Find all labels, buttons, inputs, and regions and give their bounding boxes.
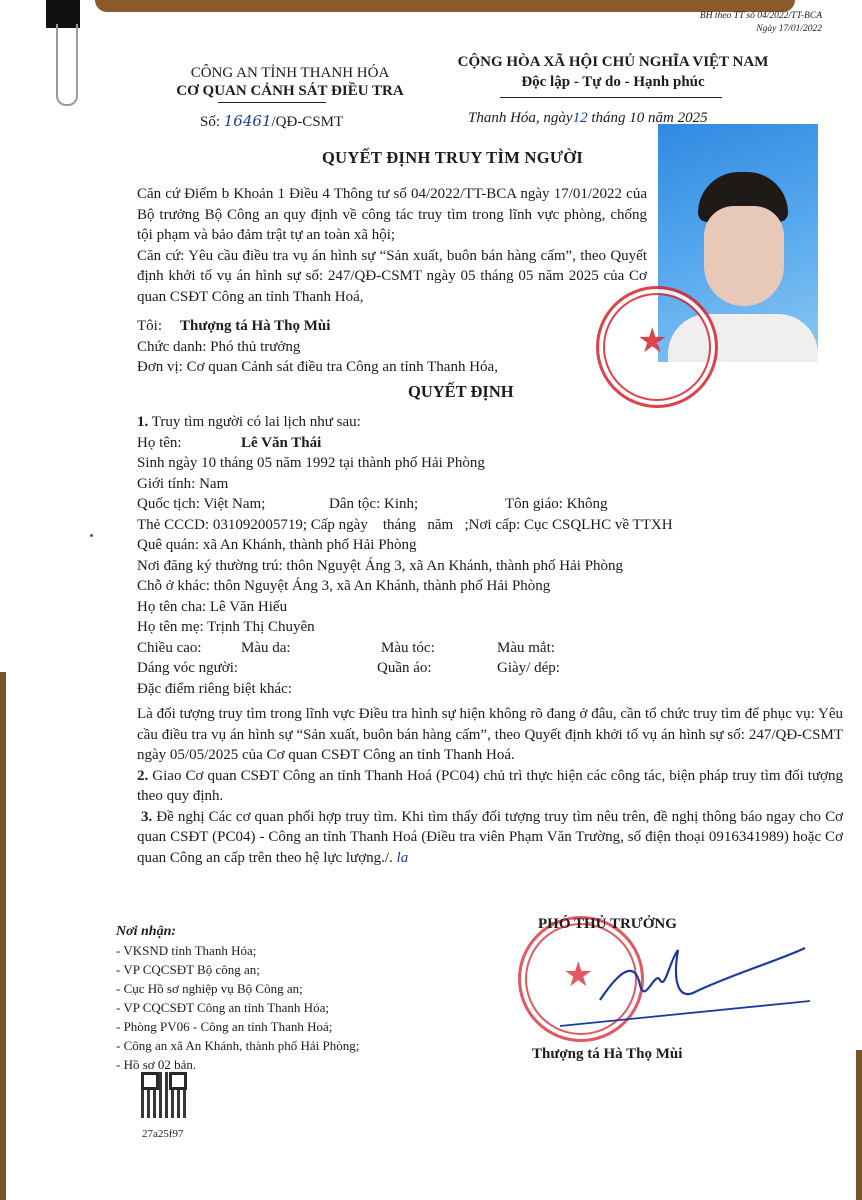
binder-clip-wire <box>56 24 78 106</box>
eye-color-field: Màu mắt: <box>497 638 555 659</box>
agency-line1: CÔNG AN TỈNH THANH HÓA <box>170 64 410 82</box>
article-3: Đề nghị Các cơ quan phối hợp truy tìm. K… <box>137 809 843 866</box>
handwritten-number: 16461 <box>224 112 272 130</box>
person-details: 1. Truy tìm người có lai lịch như sau: H… <box>137 412 837 699</box>
preamble-basis-1: Căn cứ Điểm b Khoản 1 Điều 4 Thông tư số… <box>137 184 647 246</box>
reason-paragraph: Là đối tượng truy tìm trong lĩnh vực Điề… <box>137 704 843 766</box>
qr-code <box>141 1072 187 1118</box>
recipient-item: - VP CQCSĐT Công an tỉnh Thanh Hóa; <box>116 998 359 1017</box>
recipient-item: - Công an xã An Khánh, thành phố Hải Phò… <box>116 1036 359 1055</box>
qr-code-text: 27a25f97 <box>142 1128 184 1140</box>
father-name: Họ tên cha: Lê Văn Hiếu <box>137 597 837 618</box>
document-title: QUYẾT ĐỊNH TRUY TÌM NGƯỜI <box>322 148 583 168</box>
religion: Tôn giáo: Không <box>505 494 608 515</box>
photo-face <box>704 206 784 306</box>
issuer-position: Chức danh: Phó thủ trưởng <box>137 337 498 358</box>
wooden-background-top <box>95 0 795 12</box>
signer-name: Thượng tá Hà Thọ Mùi <box>532 1046 682 1063</box>
recipient-item: - Cục Hồ sơ nghiệp vụ Bộ Công an; <box>116 979 359 998</box>
special-marks-field: Đặc điểm riêng biệt khác: <box>137 679 837 700</box>
form-note-line1: BH theo TT số 04/2022/TT-BCA <box>700 10 822 23</box>
person-intro: Truy tìm người có lai lịch như sau: <box>148 414 361 430</box>
article-2: Giao Cơ quan CSĐT Công an tỉnh Thanh Hoá… <box>137 768 843 805</box>
document-number: Số: 16461/QĐ-CSMT <box>200 112 343 131</box>
hometown: Quê quán: xã An Khánh, thành phố Hải Phò… <box>137 535 837 556</box>
issuer-label: Tôi: <box>137 318 162 334</box>
build-field: Dáng vóc người: <box>137 658 377 679</box>
form-reference-note: BH theo TT số 04/2022/TT-BCA Ngày 17/01/… <box>700 10 822 36</box>
preamble-basis-2: Căn cứ: Yêu cầu điều tra vụ án hình sự “… <box>137 246 647 308</box>
issuer-name: Thượng tá Hà Thọ Mùi <box>180 318 330 334</box>
gender: Giới tính: Nam <box>137 474 837 495</box>
recipient-item: - VP CQCSĐT Bộ công an; <box>116 960 359 979</box>
skin-color-field: Màu da: <box>241 638 381 659</box>
mother-name: Họ tên mẹ: Trịnh Thị Chuyên <box>137 617 837 638</box>
nation-line1: CỘNG HÒA XÃ HỘI CHỦ NGHĨA VIỆT NAM <box>438 52 788 72</box>
handwritten-signature <box>560 930 810 1040</box>
issuing-agency: CÔNG AN TỈNH THANH HÓA CƠ QUAN CẢNH SÁT … <box>170 64 410 100</box>
nation-line2: Độc lập - Tự do - Hạnh phúc <box>438 72 788 92</box>
hair-color-field: Màu tóc: <box>381 638 497 659</box>
preamble: Căn cứ Điểm b Khoản 1 Điều 4 Thông tư số… <box>137 184 647 307</box>
issuer-block: Tôi:Thượng tá Hà Thọ Mùi Chức danh: Phó … <box>137 316 498 378</box>
agency-line2: CƠ QUAN CẢNH SÁT ĐIỀU TRA <box>170 82 410 100</box>
decision-articles: Là đối tượng truy tìm trong lĩnh vực Điề… <box>137 704 843 868</box>
wooden-background-right <box>856 1050 862 1200</box>
handwritten-day: 12 <box>573 110 588 126</box>
shoes-field: Giày/ dép: <box>497 658 560 679</box>
decision-heading: QUYẾT ĐỊNH <box>408 382 514 402</box>
recipient-item: - VKSND tỉnh Thanh Hóa; <box>116 941 359 960</box>
agency-underline <box>218 102 326 103</box>
wanted-person-name: Lê Văn Thái <box>241 435 321 451</box>
permanent-address: Nơi đăng ký thường trú: thôn Nguyệt Áng … <box>137 556 837 577</box>
form-note-line2: Ngày 17/01/2022 <box>700 23 822 36</box>
seal-star-icon: ★ <box>637 321 667 361</box>
clothes-field: Quần áo: <box>377 658 497 679</box>
national-motto: CỘNG HÒA XÃ HỘI CHỦ NGHĨA VIỆT NAM Độc l… <box>438 52 788 92</box>
issuer-unit: Đơn vị: Cơ quan Cảnh sát điều tra Công a… <box>137 357 498 378</box>
handwritten-initials: la <box>397 850 409 866</box>
name-label: Họ tên: <box>137 433 241 454</box>
nationality: Quốc tịch: Việt Nam; <box>137 494 329 515</box>
wooden-background-left <box>0 672 6 1200</box>
recipients-list: Nơi nhận: - VKSND tỉnh Thanh Hóa; - VP C… <box>116 922 359 1074</box>
recipients-heading: Nơi nhận: <box>116 922 359 941</box>
other-address: Chỗ ở khác: thôn Nguyệt Áng 3, xã An Khá… <box>137 576 837 597</box>
id-card: Thẻ CCCD: 031092005719; Cấp ngày tháng n… <box>137 515 837 536</box>
paper-speck <box>90 534 93 537</box>
motto-underline <box>500 97 722 98</box>
height-field: Chiều cao: <box>137 638 241 659</box>
birth-info: Sinh ngày 10 tháng 05 năm 1992 tại thành… <box>137 453 837 474</box>
recipient-item: - Phòng PV06 - Công an tỉnh Thanh Hoá; <box>116 1017 359 1036</box>
ethnicity: Dân tộc: Kinh; <box>329 494 505 515</box>
